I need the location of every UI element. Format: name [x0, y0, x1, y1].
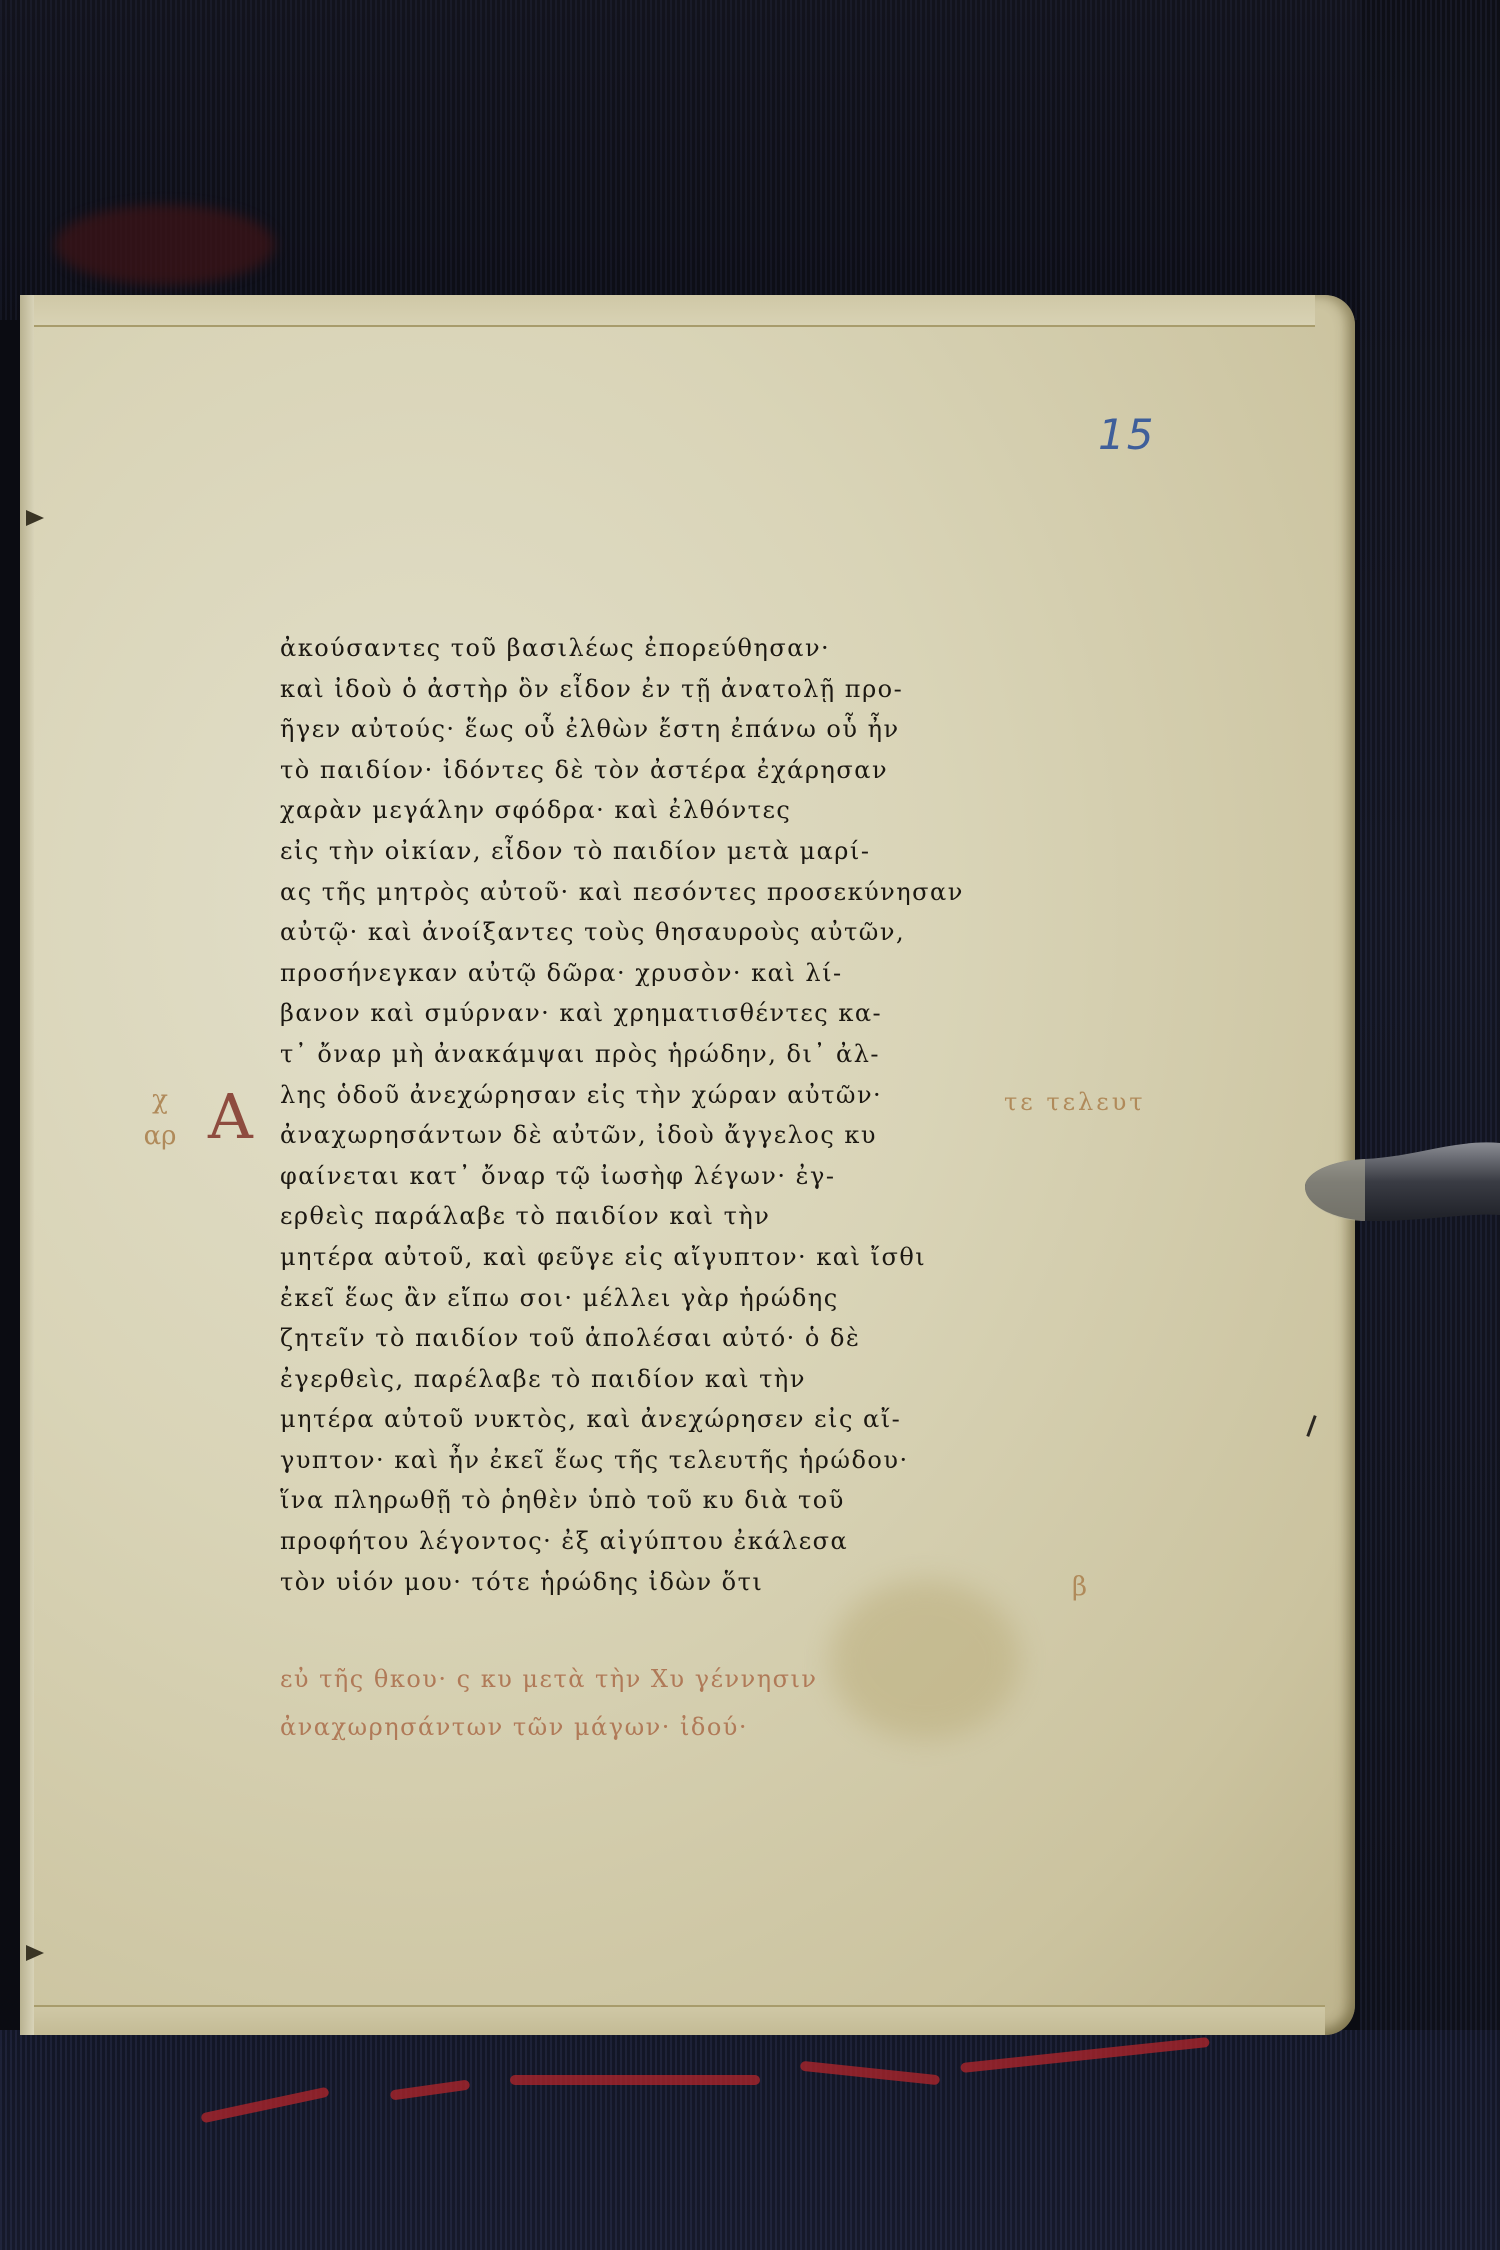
text-line: καὶ ἰδοὺ ὁ ἀστὴρ ὃν εἶδον ἐν τῇ ἀνατολῇ …	[280, 669, 1000, 710]
cloth-background-bottom	[0, 2030, 1500, 2250]
red-stitch	[200, 2087, 329, 2124]
margin-note-beta: β	[1072, 1572, 1087, 1602]
text-line: λης ὁδοῦ ἀνεχώρησαν εἰς τὴν χώραν αὐτῶν·	[280, 1075, 1000, 1116]
text-line: προσήνεγκαν αὐτῷ δῶρα· χρυσὸν· καὶ λί-	[280, 953, 1000, 994]
red-stitch	[960, 2037, 1210, 2073]
text-line: ἐκεῖ ἕως ἂν εἴπω σοι· μέλλει γὰρ ἡρώδης	[280, 1278, 1000, 1319]
rubric-block: εὐ τῆς θκου· ς κυ μετὰ τὴν Χυ γέννησιν ἀ…	[280, 1655, 1000, 1751]
text-line: προφήτου λέγοντος· ἐξ αἰγύπτου ἐκάλεσα	[280, 1521, 1000, 1562]
main-text-block: ἀκούσαντες τοῦ βασιλέως ἐπορεύθησαν· καὶ…	[280, 628, 1000, 1602]
text-line: ἐγερθεὶς, παρέλαβε τὸ παιδίον καὶ τὴν	[280, 1359, 1000, 1400]
red-cloth-detail	[55, 205, 275, 285]
margin-note-left-bottom: αρ	[140, 1118, 180, 1154]
red-stitch	[390, 2079, 471, 2100]
text-line: μητέρα αὐτοῦ νυκτὸς, καὶ ἀνεχώρησεν εἰς …	[280, 1399, 1000, 1440]
margin-note-left: χ αρ	[140, 1082, 180, 1154]
text-line: ζητεῖν τὸ παιδίον τοῦ ἀπολέσαι αὐτό· ὁ δ…	[280, 1318, 1000, 1359]
edge-tear	[26, 1945, 44, 1961]
margin-note-left-top: χ	[140, 1082, 180, 1118]
page-weight-pointer	[1305, 1135, 1500, 1227]
decorated-initial: Α	[208, 1080, 253, 1153]
text-line: εἰς τὴν οἰκίαν, εἶδον τὸ παιδίον μετὰ μα…	[280, 831, 1000, 872]
text-line: αὐτῷ· καὶ ἀνοίξαντες τοὺς θησαυροὺς αὐτῶ…	[280, 912, 1000, 953]
text-line: χαρὰν μεγάλην σφόδρα· καὶ ἐλθόντες	[280, 790, 1000, 831]
text-line: φαίνεται κατ᾽ ὄναρ τῷ ἰωσὴφ λέγων· ἐγ-	[280, 1156, 1000, 1197]
text-line: γυπτον· καὶ ἦν ἐκεῖ ἕως τῆς τελευτῆς ἡρώ…	[280, 1440, 1000, 1481]
text-line: ἵνα πληρωθῇ τὸ ῥηθὲν ὑπὸ τοῦ κυ διὰ τοῦ	[280, 1480, 1000, 1521]
page-top-edge	[34, 295, 1315, 327]
text-line: ἀκούσαντες τοῦ βασιλέως ἐπορεύθησαν·	[280, 628, 1000, 669]
text-line: μητέρα αὐτοῦ, καὶ φεῦγε εἰς αἴγυπτον· κα…	[280, 1237, 1000, 1278]
cloth-background-right	[1360, 0, 1500, 2250]
text-line: ας τῆς μητρὸς αὐτοῦ· καὶ πεσόντες προσεκ…	[280, 872, 1000, 913]
edge-tear	[26, 510, 44, 526]
text-line: ῆγεν αὐτούς· ἕως οὗ ἐλθὼν ἔστη ἐπάνω οὗ …	[280, 709, 1000, 750]
rubric-line: ἀναχωρησάντων τῶν μάγων· ἰδού·	[280, 1703, 1000, 1751]
text-line: τὸ παιδίον· ἰδόντες δὲ τὸν ἀστέρα ἐχάρησ…	[280, 750, 1000, 791]
folio-number: 15	[1098, 410, 1155, 459]
text-line: ἀναχωρησάντων δὲ αὐτῶν, ἰδοὺ ἄγγελος κυ	[280, 1115, 1000, 1156]
text-line: ερθεὶς παράλαβε τὸ παιδίον καὶ τὴν	[280, 1196, 1000, 1237]
red-stitch	[510, 2075, 760, 2085]
text-line: τὸν υἱόν μου· τότε ἡρώδης ἰδὼν ὅτι	[280, 1562, 1000, 1603]
rubric-line: εὐ τῆς θκου· ς κυ μετὰ τὴν Χυ γέννησιν	[280, 1655, 1000, 1703]
red-stitch	[800, 2061, 940, 2086]
margin-note-right: τε τελευτ	[1004, 1088, 1146, 1116]
text-line: βανον καὶ σμύρναν· καὶ χρηματισθέντες κα…	[280, 993, 1000, 1034]
page-bottom-edge	[34, 2005, 1325, 2035]
text-line: τ᾽ ὄναρ μὴ ἀνακάμψαι πρὸς ἡρώδην, δι᾽ ἀλ…	[280, 1034, 1000, 1075]
